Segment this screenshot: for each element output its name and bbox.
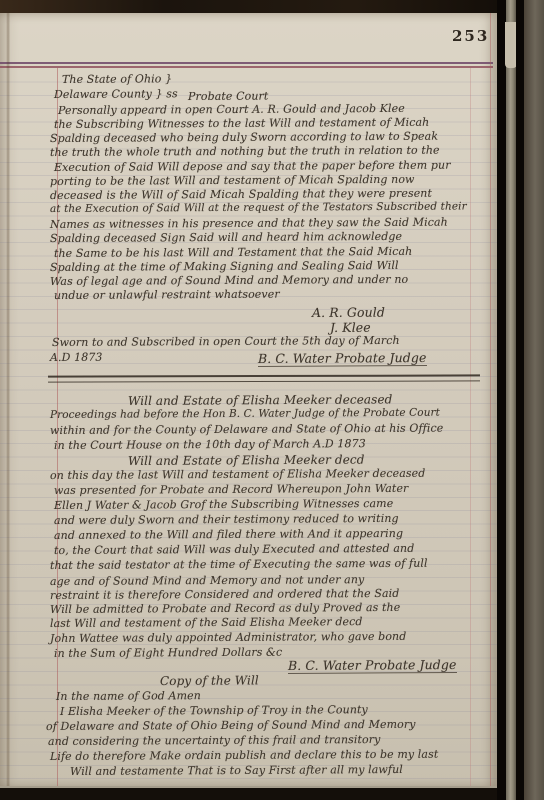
manuscript-line: last Will and testament of the Said Elis…	[50, 615, 363, 630]
manuscript-line: Names as witnesses in his presence and t…	[50, 216, 448, 231]
right-edge-rule	[490, 13, 491, 788]
manuscript-line: Probate Court	[188, 90, 268, 103]
manuscript-line: Spalding deceased who being duly Sworn a…	[50, 130, 438, 145]
manuscript-line: The State of Ohio }	[62, 72, 172, 86]
manuscript-line: B. C. Water Probate Judge	[288, 657, 457, 674]
manuscript-line: and were duly Sworn and their testimony …	[54, 512, 399, 527]
manuscript-line: In the name of God Amen	[56, 689, 201, 703]
entry-divider	[48, 374, 480, 382]
manuscript-line: Will be admitted to Probate and Record a…	[50, 601, 400, 616]
manuscript-line: Will and testamente That is to Say First…	[70, 763, 403, 778]
manuscript-line: Life do therefore Make ordain publish an…	[50, 748, 438, 763]
manuscript-line: the truth the whole truth and nothing bu…	[50, 144, 440, 159]
manuscript-line: at the Execution of Said Will at the req…	[50, 200, 467, 215]
manuscript-line: in the Court House on the 10th day of Ma…	[54, 437, 366, 452]
page-number: 253	[452, 27, 489, 45]
manuscript-line: within and for the County of Delaware an…	[50, 422, 443, 437]
manuscript-line: Spalding at the time of Making Signing a…	[50, 259, 399, 274]
manuscript-line: Ellen J Water & Jacob Grof the Subscribi…	[54, 497, 393, 512]
manuscript-line: B. C. Water Probate Judge	[258, 350, 427, 367]
page-edge-shadow-2	[516, 0, 524, 800]
manuscript-line: Delaware County } ss	[54, 87, 178, 101]
right-margin-rule	[470, 68, 471, 788]
manuscript-line: Will and Estate of Elisha Meeker decease…	[128, 392, 393, 408]
manuscript-line: the Same to be his last Will and Testame…	[54, 245, 412, 260]
printed-head-rule-purple	[0, 62, 493, 64]
book-top-edge	[0, 0, 544, 13]
manuscript-line: undue or unlawful restraint whatsoever	[54, 288, 280, 302]
printed-head-rule-maroon	[0, 66, 493, 68]
book-cover-edge	[524, 0, 544, 800]
manuscript-line: and considering the uncertainty of this …	[48, 733, 381, 748]
manuscript-line: Execution of Said Will depose and say th…	[54, 159, 451, 174]
manuscript-line: A.D 1873	[50, 351, 103, 364]
manuscript-line: porting to be the last Will and testamen…	[50, 173, 415, 188]
manuscript-line: age and of Sound Mind and Memory and not…	[50, 573, 364, 588]
manuscript-line: of Delaware and State of Ohio Being of S…	[46, 718, 416, 733]
manuscript-line: John Wattee was duly appointed Administr…	[50, 630, 406, 645]
page-edge-shadow	[497, 0, 506, 800]
manuscript-line: that the said testator at the time of Ex…	[50, 557, 428, 572]
manuscript-line: was presented for Probate and Record Whe…	[54, 482, 409, 497]
manuscript-line: Spalding deceased Sign Said will and hea…	[50, 230, 402, 245]
manuscript-line: restraint it is therefore Considered and…	[50, 587, 399, 602]
manuscript-line: Personally appeard in open Court A. R. G…	[58, 102, 405, 117]
ledger-page: 253 The State of Ohio }Delaware County }…	[0, 13, 497, 788]
manuscript-line: Will and Estate of Elisha Meeker decd	[128, 453, 365, 468]
ledger-photo: 253 The State of Ohio }Delaware County }…	[0, 0, 544, 800]
manuscript-line: in the Sum of Eight Hundred Dollars &c	[54, 646, 282, 660]
manuscript-line: J. Klee	[330, 320, 371, 335]
manuscript-line: to, the Court that said Will was duly Ex…	[54, 542, 414, 557]
manuscript-line: I Elisha Meeker of the Township of Troy …	[60, 703, 368, 718]
book-bottom-edge	[0, 786, 497, 800]
manuscript-line: Was of legal age and of Sound Mind and M…	[50, 273, 408, 288]
manuscript-line: A. R. Gould	[312, 305, 385, 320]
manuscript-line: Copy of the Will	[160, 673, 259, 688]
manuscript-line: the Subscribing Witnesses to the last Wi…	[54, 116, 429, 131]
manuscript-line: on this day the last Will and testament …	[50, 467, 425, 482]
manuscript-line: and annexed to the Will and filed there …	[54, 527, 403, 542]
stacked-page-edges	[506, 0, 516, 800]
binding-crease	[6, 13, 10, 788]
manuscript-line: Sworn to and Subscribed in open Court th…	[52, 334, 400, 349]
manuscript-line: deceased is the Will of Said Micah Spald…	[50, 187, 432, 202]
manuscript-line: Proceedings had before the Hon B. C. Wat…	[50, 407, 440, 421]
